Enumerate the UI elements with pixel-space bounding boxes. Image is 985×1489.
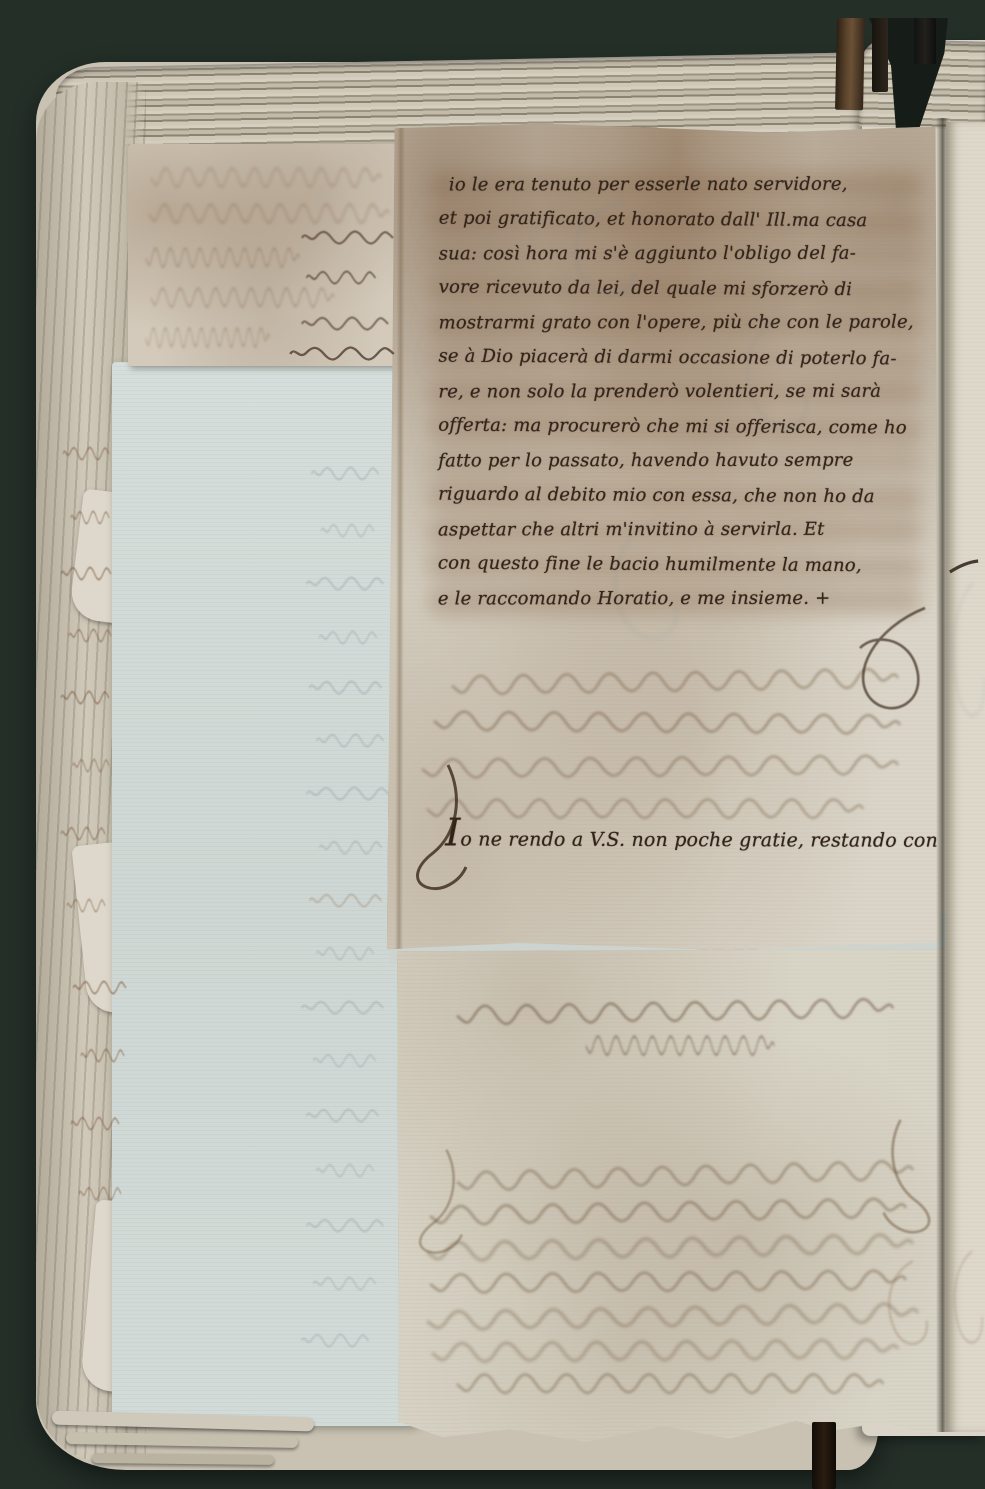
ink-squiggle (315, 1163, 375, 1179)
ink-squiggle (68, 628, 112, 644)
ink-flourish (600, 518, 690, 658)
ink-squiggle (425, 801, 865, 817)
letter-line: re, e non solo la prenderò volentieri, s… (438, 375, 916, 410)
ink-squiggle (305, 1108, 380, 1124)
ink-squiggle (308, 893, 383, 909)
letter-closing-line: Io ne rendo a V.S. non poche gratie, res… (445, 817, 938, 855)
letter-line: vore ricevuto da lei, del quale mi sforz… (439, 270, 917, 307)
ink-squiggle (318, 840, 383, 856)
ink-squiggle (305, 786, 390, 802)
ink-squiggle (308, 680, 383, 696)
ink-squiggle (148, 206, 390, 222)
letter-line: io le era tenuto per esserle nato servid… (439, 168, 917, 203)
ink-flourish (408, 763, 472, 895)
facing-page-edge (946, 122, 985, 1432)
ink-squiggle (60, 566, 112, 582)
ink-squiggle (72, 980, 127, 996)
ink-squiggle (150, 170, 382, 186)
ink-squiggle (315, 946, 375, 962)
binding-post (812, 1422, 836, 1489)
letter-line: sua: così hora mi s'è aggiunto l'obligo … (439, 237, 917, 272)
ink-squiggle (66, 898, 106, 914)
ink-squiggle (948, 558, 980, 574)
ink-squiggle (60, 826, 106, 842)
ink-squiggle (300, 1000, 385, 1016)
ink-squiggle (305, 1218, 385, 1234)
ink-squiggle (455, 1376, 885, 1392)
ink-squiggle (318, 630, 378, 646)
ink-squiggle (320, 523, 375, 539)
sheet-edge (92, 1453, 274, 1465)
letter-line: riguardo al debito mio con essa, che non… (438, 477, 916, 514)
letter-line: mostrarmi grato con l'opere, più che con… (439, 306, 917, 341)
letter-line: fatto per lo passato, havendo havuto sem… (438, 444, 916, 479)
ink-squiggle (70, 1116, 120, 1132)
ink-squiggle (70, 510, 110, 526)
ink-squiggle (312, 1053, 377, 1069)
ink-squiggle (305, 270, 377, 286)
ink-squiggle (300, 1333, 370, 1349)
ink-squiggle (585, 1038, 775, 1054)
ink-flourish (946, 578, 985, 738)
ink-squiggle (80, 1048, 125, 1064)
ink-squiggle (288, 346, 396, 362)
binding-post (914, 18, 936, 64)
ink-squiggle (310, 466, 380, 482)
ink-squiggle (60, 690, 110, 706)
binding-post (835, 18, 865, 110)
letter-line: se à Dio piacerà di darmi occasione di p… (438, 339, 916, 376)
ink-squiggle (145, 250, 300, 266)
ink-squiggle (78, 1186, 122, 1202)
ink-squiggle (300, 230, 395, 246)
letter-line: et poi gratificato, et honorato dall' Il… (439, 201, 917, 238)
ink-squiggle (312, 1276, 377, 1292)
ink-squiggle (305, 576, 385, 592)
ink-squiggle (145, 330, 270, 346)
ink-squiggle (62, 446, 110, 462)
ink-squiggle (72, 758, 110, 774)
ink-flourish (412, 1148, 467, 1258)
binding-post (872, 18, 888, 92)
ink-flourish (551, 191, 659, 315)
ink-squiggle (150, 290, 335, 306)
ink-flourish (845, 603, 940, 718)
ink-squiggle (300, 316, 390, 332)
ink-flourish (948, 1248, 985, 1358)
archive-photo: io le era tenuto per esserle nato servid… (0, 18, 985, 1489)
ink-flourish (880, 1258, 935, 1358)
ink-flourish (878, 1118, 938, 1238)
binding-post (848, 1420, 874, 1489)
ink-squiggle (315, 733, 385, 749)
letter-line: offerta: ma procurerò che mi si offerisc… (438, 408, 916, 445)
